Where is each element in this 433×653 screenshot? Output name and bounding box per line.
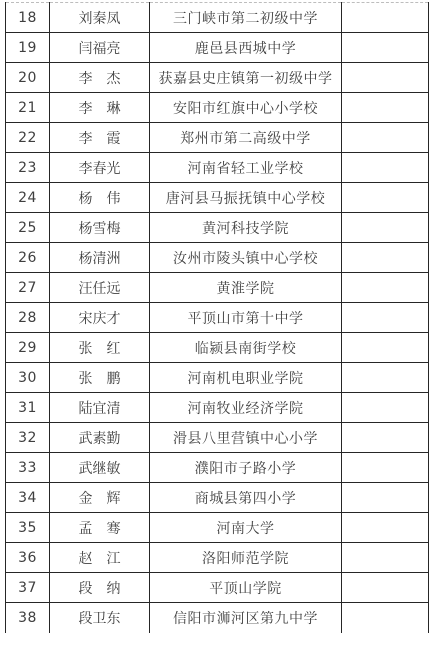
school-cell: 平顶山市第十中学 <box>150 303 342 333</box>
note-cell <box>342 453 429 483</box>
name-cell: 杨雪梅 <box>50 213 150 243</box>
row-number-cell: 23 <box>6 153 50 183</box>
row-number-cell: 26 <box>6 243 50 273</box>
school-cell: 河南省轻工业学校 <box>150 153 342 183</box>
note-cell <box>342 123 429 153</box>
row-number-cell: 24 <box>6 183 50 213</box>
name-cell: 杨 伟 <box>50 183 150 213</box>
note-cell <box>342 483 429 513</box>
name-cell: 宋庆才 <box>50 303 150 333</box>
school-cell: 鹿邑县西城中学 <box>150 33 342 63</box>
name-cell: 李 琳 <box>50 93 150 123</box>
row-number-cell: 35 <box>6 513 50 543</box>
row-number-cell: 32 <box>6 423 50 453</box>
note-cell <box>342 303 429 333</box>
row-number-cell: 29 <box>6 333 50 363</box>
school-cell: 获嘉县史庄镇第一初级中学 <box>150 63 342 93</box>
table-row: 27汪任远黄淮学院 <box>6 273 429 303</box>
name-cell: 李 霞 <box>50 123 150 153</box>
school-cell: 唐河县马振抚镇中心学校 <box>150 183 342 213</box>
note-cell <box>342 573 429 603</box>
table-row: 24杨 伟唐河县马振抚镇中心学校 <box>6 183 429 213</box>
school-cell: 洛阳师范学院 <box>150 543 342 573</box>
table-row: 33武继敏濮阳市子路小学 <box>6 453 429 483</box>
school-cell: 黄淮学院 <box>150 273 342 303</box>
table-row: 30张 鹏河南机电职业学院 <box>6 363 429 393</box>
row-number-cell: 36 <box>6 543 50 573</box>
row-number-cell: 31 <box>6 393 50 423</box>
note-cell <box>342 363 429 393</box>
note-cell <box>342 603 429 633</box>
note-cell <box>342 333 429 363</box>
table-row: 38段卫东信阳市浉河区第九中学 <box>6 603 429 633</box>
row-number-cell: 18 <box>6 3 50 33</box>
table-row: 32武素勤滑县八里营镇中心小学 <box>6 423 429 453</box>
name-cell: 张 鹏 <box>50 363 150 393</box>
roster-table-body: 18刘秦凤三门峡市第二初级中学19闫福亮鹿邑县西城中学20李 杰获嘉县史庄镇第一… <box>6 3 429 633</box>
note-cell <box>342 183 429 213</box>
table-row: 34金 辉商城县第四小学 <box>6 483 429 513</box>
table-row: 23李春光河南省轻工业学校 <box>6 153 429 183</box>
note-cell <box>342 423 429 453</box>
school-cell: 黄河科技学院 <box>150 213 342 243</box>
note-cell <box>342 393 429 423</box>
name-cell: 李 杰 <box>50 63 150 93</box>
name-cell: 武素勤 <box>50 423 150 453</box>
row-number-cell: 38 <box>6 603 50 633</box>
school-cell: 郑州市第二高级中学 <box>150 123 342 153</box>
name-cell: 杨清洲 <box>50 243 150 273</box>
name-cell: 闫福亮 <box>50 33 150 63</box>
table-row: 18刘秦凤三门峡市第二初级中学 <box>6 3 429 33</box>
table-row: 29张 红临颍县南街学校 <box>6 333 429 363</box>
name-cell: 张 红 <box>50 333 150 363</box>
note-cell <box>342 33 429 63</box>
table-row: 28宋庆才平顶山市第十中学 <box>6 303 429 333</box>
name-cell: 陆宜清 <box>50 393 150 423</box>
note-cell <box>342 273 429 303</box>
school-cell: 平顶山学院 <box>150 573 342 603</box>
table-row: 35孟 骞河南大学 <box>6 513 429 543</box>
row-number-cell: 30 <box>6 363 50 393</box>
row-number-cell: 25 <box>6 213 50 243</box>
table-row: 20李 杰获嘉县史庄镇第一初级中学 <box>6 63 429 93</box>
school-cell: 濮阳市子路小学 <box>150 453 342 483</box>
row-number-cell: 22 <box>6 123 50 153</box>
name-cell: 刘秦凤 <box>50 3 150 33</box>
roster-table: 18刘秦凤三门峡市第二初级中学19闫福亮鹿邑县西城中学20李 杰获嘉县史庄镇第一… <box>5 2 429 633</box>
row-number-cell: 19 <box>6 33 50 63</box>
row-number-cell: 27 <box>6 273 50 303</box>
note-cell <box>342 213 429 243</box>
name-cell: 金 辉 <box>50 483 150 513</box>
school-cell: 河南牧业经济学院 <box>150 393 342 423</box>
row-number-cell: 33 <box>6 453 50 483</box>
note-cell <box>342 153 429 183</box>
name-cell: 段 纳 <box>50 573 150 603</box>
note-cell <box>342 543 429 573</box>
name-cell: 孟 骞 <box>50 513 150 543</box>
table-row: 37段 纳平顶山学院 <box>6 573 429 603</box>
school-cell: 临颍县南街学校 <box>150 333 342 363</box>
school-cell: 滑县八里营镇中心小学 <box>150 423 342 453</box>
row-number-cell: 20 <box>6 63 50 93</box>
school-cell: 河南机电职业学院 <box>150 363 342 393</box>
note-cell <box>342 3 429 33</box>
note-cell <box>342 243 429 273</box>
name-cell: 汪任远 <box>50 273 150 303</box>
table-row: 19闫福亮鹿邑县西城中学 <box>6 33 429 63</box>
row-number-cell: 34 <box>6 483 50 513</box>
table-row: 31陆宜清河南牧业经济学院 <box>6 393 429 423</box>
note-cell <box>342 513 429 543</box>
row-number-cell: 37 <box>6 573 50 603</box>
name-cell: 赵 江 <box>50 543 150 573</box>
table-row: 36赵 江洛阳师范学院 <box>6 543 429 573</box>
school-cell: 三门峡市第二初级中学 <box>150 3 342 33</box>
name-cell: 段卫东 <box>50 603 150 633</box>
school-cell: 商城县第四小学 <box>150 483 342 513</box>
table-row: 26杨清洲汝州市陵头镇中心学校 <box>6 243 429 273</box>
note-cell <box>342 63 429 93</box>
name-cell: 武继敏 <box>50 453 150 483</box>
school-cell: 安阳市红旗中心小学校 <box>150 93 342 123</box>
table-row: 25杨雪梅黄河科技学院 <box>6 213 429 243</box>
table-row: 21李 琳安阳市红旗中心小学校 <box>6 93 429 123</box>
school-cell: 信阳市浉河区第九中学 <box>150 603 342 633</box>
row-number-cell: 28 <box>6 303 50 333</box>
row-number-cell: 21 <box>6 93 50 123</box>
table-row: 22李 霞郑州市第二高级中学 <box>6 123 429 153</box>
name-cell: 李春光 <box>50 153 150 183</box>
school-cell: 河南大学 <box>150 513 342 543</box>
school-cell: 汝州市陵头镇中心学校 <box>150 243 342 273</box>
note-cell <box>342 93 429 123</box>
